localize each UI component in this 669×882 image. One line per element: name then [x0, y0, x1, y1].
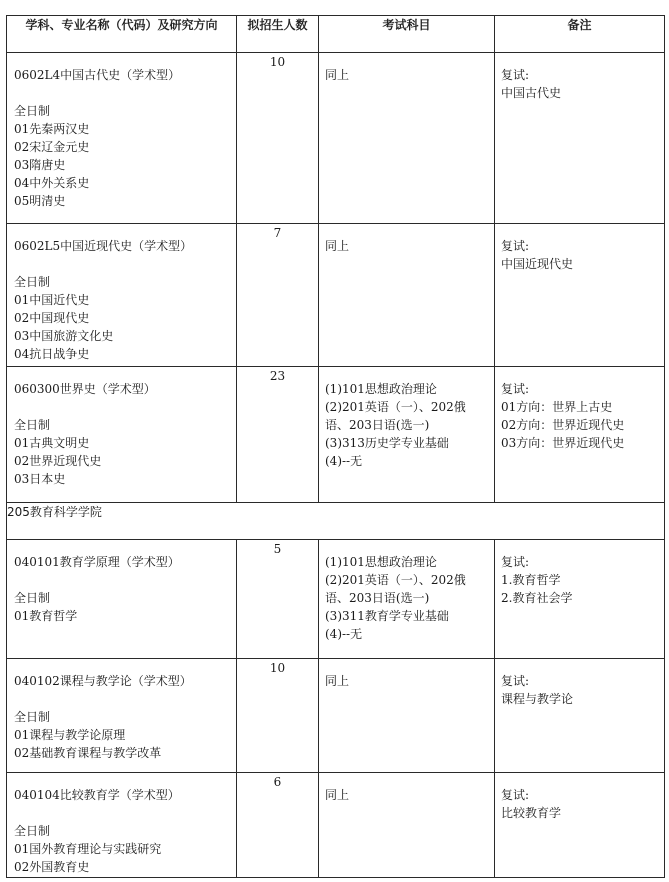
note-line: 01方向：世界上古史 [501, 398, 664, 416]
direction: 02外国教育史 [14, 858, 236, 876]
note-cell: 复试: 1.教育哲学 2.教育社会学 [495, 540, 665, 659]
direction: 02宋辽金元史 [14, 138, 236, 156]
header-note: 备注 [495, 16, 665, 53]
section-title: 205教育科学学院 [7, 503, 665, 540]
exam-line: (4)--无 [325, 625, 494, 643]
header-row: 学科、专业名称（代码）及研究方向 拟招生人数 考试科目 备注 [7, 16, 665, 53]
note-line: 复试: [501, 380, 664, 398]
study-mode: 全日制 [14, 822, 236, 840]
note-line: 课程与教学论 [501, 690, 664, 708]
major-title: 040104比较教育学（学术型） [14, 786, 236, 804]
table-row: 0602L4中国古代史（学术型） 全日制 01先秦两汉史 02宋辽金元史 03隋… [7, 53, 665, 224]
major-title: 060300世界史（学术型） [14, 380, 236, 398]
exam-line: (3)313历史学专业基础 [325, 434, 494, 452]
major-title: 0602L4中国古代史（学术型） [14, 66, 236, 84]
direction: 03日本史 [14, 470, 236, 488]
exam-line: 同上 [325, 237, 494, 255]
major-cell: 040104比较教育学（学术型） 全日制 01国外教育理论与实践研究 02外国教… [7, 773, 237, 878]
major-title: 0602L5中国近现代史（学术型） [14, 237, 236, 255]
direction: 01古典文明史 [14, 434, 236, 452]
enrollment-count: 23 [237, 367, 319, 503]
direction: 01教育哲学 [14, 607, 236, 625]
note-line: 02方向：世界近现代史 [501, 416, 664, 434]
table-row: 040102课程与教学论（学术型） 全日制 01课程与教学论原理 02基础教育课… [7, 659, 665, 773]
direction: 03中国旅游文化史 [14, 327, 236, 345]
header-exam: 考试科目 [319, 16, 495, 53]
exam-line: (3)311教育学专业基础 [325, 607, 494, 625]
note-line: 比较教育学 [501, 804, 664, 822]
admissions-table: 学科、专业名称（代码）及研究方向 拟招生人数 考试科目 备注 0602L4中国古… [6, 15, 665, 878]
direction: 04抗日战争史 [14, 345, 236, 363]
exam-cell: 同上 [319, 659, 495, 773]
enrollment-count: 6 [237, 773, 319, 878]
major-title: 040102课程与教学论（学术型） [14, 672, 236, 690]
note-cell: 复试: 中国近现代史 [495, 224, 665, 367]
note-line: 复试: [501, 672, 664, 690]
major-cell: 040102课程与教学论（学术型） 全日制 01课程与教学论原理 02基础教育课… [7, 659, 237, 773]
exam-line: 同上 [325, 66, 494, 84]
exam-line: 语、203日语(选一) [325, 589, 494, 607]
exam-cell: 同上 [319, 224, 495, 367]
note-cell: 复试: 比较教育学 [495, 773, 665, 878]
study-mode: 全日制 [14, 416, 236, 434]
note-cell: 复试: 中国古代史 [495, 53, 665, 224]
study-mode: 全日制 [14, 102, 236, 120]
table-row: 060300世界史（学术型） 全日制 01古典文明史 02世界近现代史 03日本… [7, 367, 665, 503]
direction: 01先秦两汉史 [14, 120, 236, 138]
exam-line: (2)201英语（一）、202俄 [325, 398, 494, 416]
header-count: 拟招生人数 [237, 16, 319, 53]
direction: 01国外教育理论与实践研究 [14, 840, 236, 858]
exam-line: (1)101思想政治理论 [325, 380, 494, 398]
major-cell: 0602L5中国近现代史（学术型） 全日制 01中国近代史 02中国现代史 03… [7, 224, 237, 367]
section-row: 205教育科学学院 [7, 503, 665, 540]
major-title: 040101教育学原理（学术型） [14, 553, 236, 571]
note-cell: 复试: 01方向：世界上古史 02方向：世界近现代史 03方向：世界近现代史 [495, 367, 665, 503]
enrollment-count: 5 [237, 540, 319, 659]
exam-cell: 同上 [319, 53, 495, 224]
exam-line: (2)201英语（一）、202俄 [325, 571, 494, 589]
note-line: 中国古代史 [501, 84, 664, 102]
exam-line: (4)--无 [325, 452, 494, 470]
major-cell: 060300世界史（学术型） 全日制 01古典文明史 02世界近现代史 03日本… [7, 367, 237, 503]
table-row: 040101教育学原理（学术型） 全日制 01教育哲学 5 (1)101思想政治… [7, 540, 665, 659]
exam-cell: 同上 [319, 773, 495, 878]
note-line: 中国近现代史 [501, 255, 664, 273]
study-mode: 全日制 [14, 708, 236, 726]
note-line: 1.教育哲学 [501, 571, 664, 589]
header-major: 学科、专业名称（代码）及研究方向 [7, 16, 237, 53]
direction: 02中国现代史 [14, 309, 236, 327]
note-line: 复试: [501, 553, 664, 571]
direction: 02基础教育课程与教学改革 [14, 744, 236, 762]
note-line: 复试: [501, 237, 664, 255]
direction: 05明清史 [14, 192, 236, 210]
enrollment-count: 10 [237, 659, 319, 773]
note-cell: 复试: 课程与教学论 [495, 659, 665, 773]
note-line: 03方向：世界近现代史 [501, 434, 664, 452]
major-cell: 040101教育学原理（学术型） 全日制 01教育哲学 [7, 540, 237, 659]
major-cell: 0602L4中国古代史（学术型） 全日制 01先秦两汉史 02宋辽金元史 03隋… [7, 53, 237, 224]
direction: 01中国近代史 [14, 291, 236, 309]
study-mode: 全日制 [14, 273, 236, 291]
note-line: 复试: [501, 66, 664, 84]
exam-cell: (1)101思想政治理论 (2)201英语（一）、202俄 语、203日语(选一… [319, 540, 495, 659]
direction: 02世界近现代史 [14, 452, 236, 470]
enrollment-count: 7 [237, 224, 319, 367]
exam-line: 语、203日语(选一) [325, 416, 494, 434]
note-line: 2.教育社会学 [501, 589, 664, 607]
exam-cell: (1)101思想政治理论 (2)201英语（一）、202俄 语、203日语(选一… [319, 367, 495, 503]
exam-line: 同上 [325, 672, 494, 690]
study-mode: 全日制 [14, 589, 236, 607]
enrollment-count: 10 [237, 53, 319, 224]
exam-line: (1)101思想政治理论 [325, 553, 494, 571]
direction: 01课程与教学论原理 [14, 726, 236, 744]
direction: 04中外关系史 [14, 174, 236, 192]
note-line: 复试: [501, 786, 664, 804]
table-row: 0602L5中国近现代史（学术型） 全日制 01中国近代史 02中国现代史 03… [7, 224, 665, 367]
table-row: 040104比较教育学（学术型） 全日制 01国外教育理论与实践研究 02外国教… [7, 773, 665, 878]
direction: 03隋唐史 [14, 156, 236, 174]
exam-line: 同上 [325, 786, 494, 804]
